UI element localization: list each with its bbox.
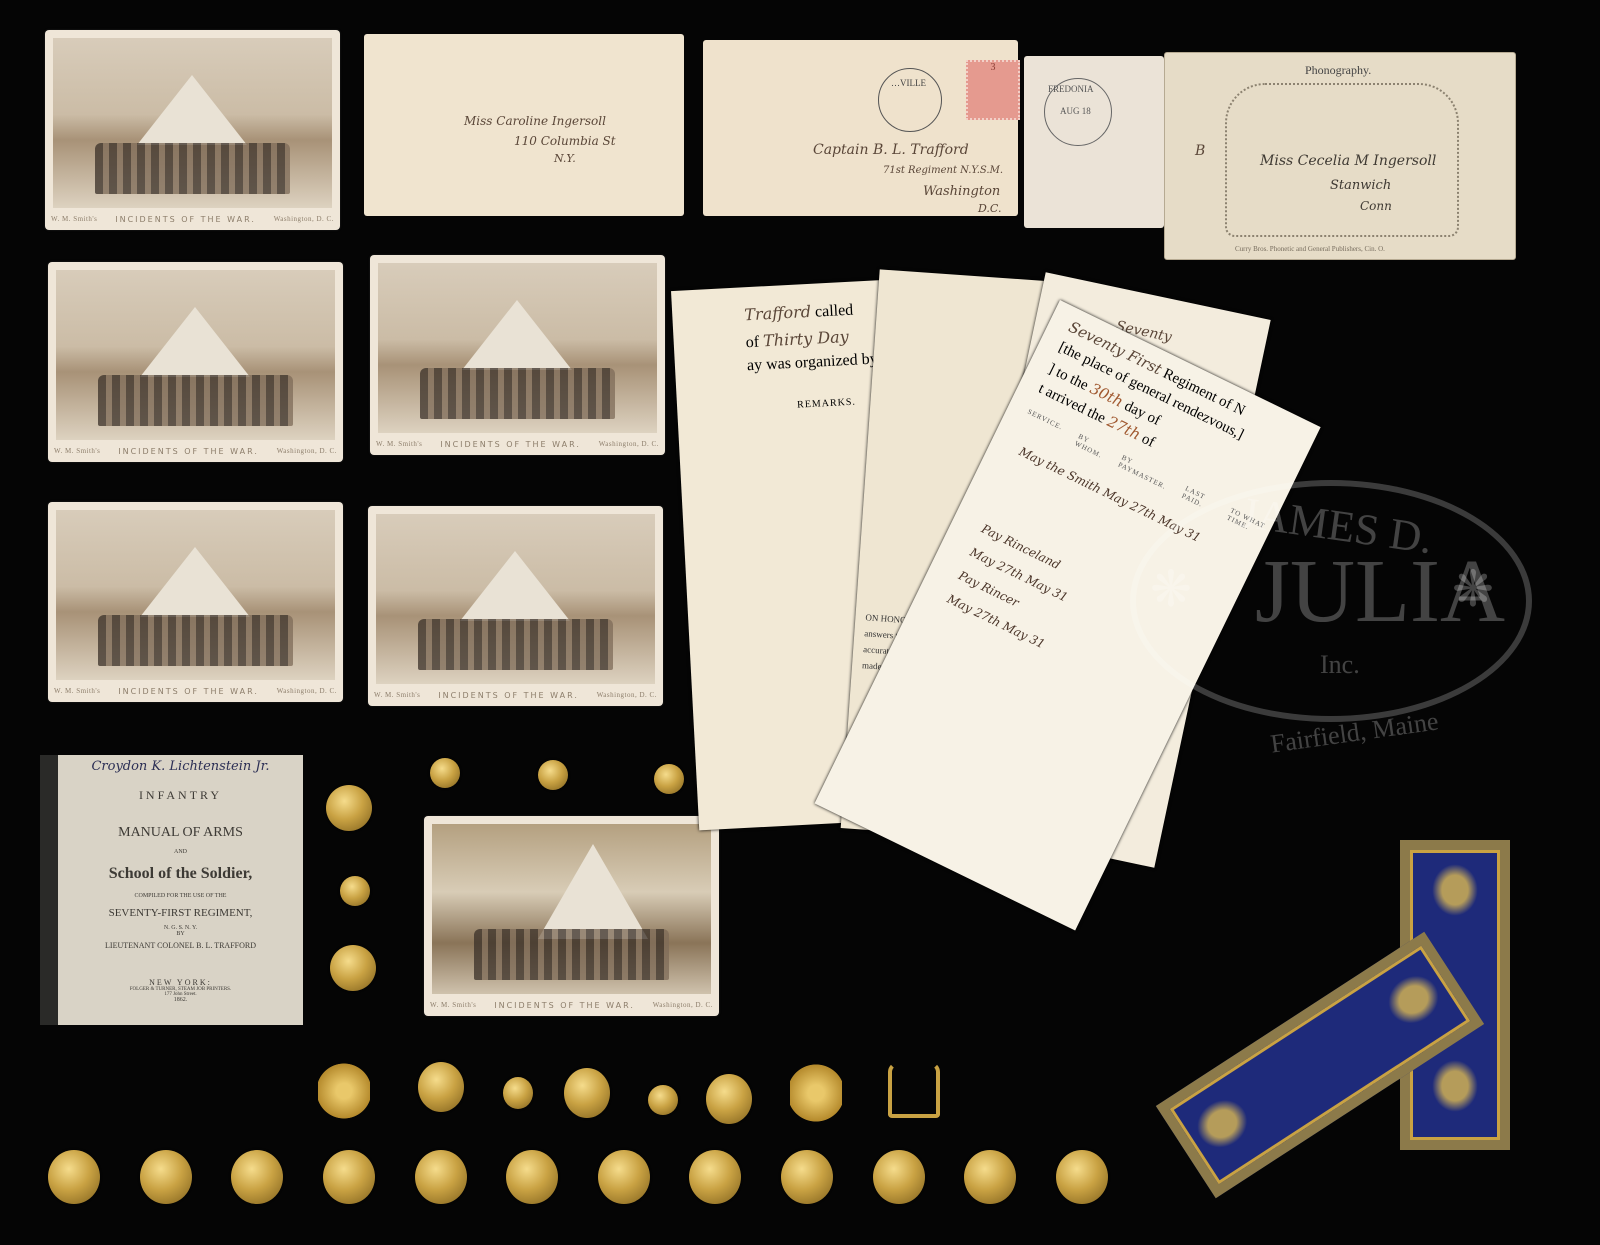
button-small: [340, 876, 370, 906]
cdv-left: W. M. Smith's: [430, 1001, 476, 1009]
button-large: [706, 1074, 752, 1124]
book-line-3: AND: [58, 849, 303, 855]
cdv-photo: [56, 510, 335, 680]
button-large: [564, 1068, 610, 1118]
book-title: MANUAL OF ARMS: [58, 825, 303, 841]
envelope-address-2: 71st Regiment N.Y.S.M.: [883, 165, 1003, 176]
oak-leaf-icon: [1432, 864, 1478, 916]
cdv-left: W. M. Smith's: [376, 440, 422, 448]
button: [140, 1150, 192, 1204]
button-large: [326, 785, 372, 831]
envelope-address-4: D.C.: [978, 202, 1001, 215]
envelope-1: Miss Caroline Ingersoll 110 Columbia St …: [364, 34, 684, 216]
button: [598, 1150, 650, 1204]
envelope-initial: B: [1195, 143, 1205, 159]
cdv-left: W. M. Smith's: [51, 215, 97, 223]
envelope-address-3: Conn: [1360, 199, 1392, 213]
envelope-address-1: Captain B. L. Trafford: [813, 142, 969, 158]
postmark-date: AUG 18: [1060, 106, 1091, 116]
cdv-right: Washington, D. C.: [277, 447, 337, 455]
belt-buckle-hook: [888, 1062, 940, 1118]
cdv-card-1: W. M. Smith'sINCIDENTS OF THE WAR.Washin…: [45, 30, 340, 230]
button: [415, 1150, 467, 1204]
cdv-title: INCIDENTS OF THE WAR.: [438, 691, 579, 700]
doc-print: called: [815, 302, 854, 321]
cdv-right: Washington, D. C.: [597, 691, 657, 699]
envelope-phonography: Phonography. B Miss Cecelia M Ingersoll …: [1164, 52, 1516, 260]
envelope-address-1: Miss Caroline Ingersoll: [464, 114, 606, 128]
envelope-3: FREDONIA AUG 18: [1024, 56, 1164, 228]
button-large: [418, 1062, 464, 1112]
cdv-right: Washington, D. C.: [277, 687, 337, 695]
cdv-left: W. M. Smith's: [374, 691, 420, 699]
button-small: [654, 764, 684, 794]
book-year: 1862.: [58, 997, 303, 1003]
envelope-2: …VILLE 3 Captain B. L. Trafford 71st Reg…: [703, 40, 1018, 216]
flower-ornament-icon: ❋: [1150, 560, 1192, 618]
cdv-title: INCIDENTS OF THE WAR.: [115, 215, 256, 224]
doc-print: of: [1139, 431, 1157, 451]
book-regiment: SEVENTY-FIRST REGIMENT,: [58, 907, 303, 919]
button-large: [330, 945, 376, 991]
cdv-title: INCIDENTS OF THE WAR.: [118, 447, 259, 456]
envelope-footer: Curry Bros. Phonetic and General Publish…: [1235, 245, 1385, 253]
envelope-address-3: N.Y.: [554, 152, 576, 165]
book-line-5: COMPILED FOR THE USE OF THE: [58, 893, 303, 899]
doc-print: ay was organized by: [747, 350, 879, 375]
stamp-value: 3: [991, 62, 996, 73]
col-header: SERVICE.: [1023, 408, 1064, 439]
oak-leaf-icon: [1188, 1090, 1257, 1157]
envelope-address-2: 110 Columbia St: [514, 134, 616, 148]
cdv-title: INCIDENTS OF THE WAR.: [440, 440, 581, 449]
eagle-insignia-ornament: [318, 1062, 370, 1120]
book-signature: Croydon K. Lichtenstein Jr.: [58, 759, 303, 774]
cdv-photo: [378, 263, 657, 433]
button: [231, 1150, 283, 1204]
oak-leaf-icon: [1379, 966, 1448, 1033]
bottom-button-row: [48, 1150, 1108, 1204]
doc-remarks-heading: REMARKS.: [797, 397, 856, 411]
doc-handwriting: Trafford: [744, 302, 812, 324]
doc-handwriting: Thirty Day: [763, 327, 850, 350]
col-header: BY PAYMASTER.: [1117, 453, 1172, 491]
watermark-line-3: Inc.: [1320, 650, 1360, 680]
button: [1056, 1150, 1108, 1204]
book-line-1: INFANTRY: [58, 788, 303, 803]
postmark-text: …VILLE: [891, 78, 926, 88]
cdv-card-2: W. M. Smith'sINCIDENTS OF THE WAR.Washin…: [48, 262, 343, 462]
eagle-insignia-ornament: [790, 1062, 842, 1124]
button-small: [538, 760, 568, 790]
oak-leaf-icon: [1432, 1060, 1478, 1112]
envelope-address-2: Stanwich: [1330, 178, 1391, 193]
button-small: [648, 1085, 678, 1115]
cdv-right: Washington, D. C.: [274, 215, 334, 223]
envelope-header: Phonography.: [1305, 63, 1371, 78]
postage-stamp: 3: [966, 60, 1020, 120]
cdv-right: Washington, D. C.: [599, 440, 659, 448]
button: [48, 1150, 100, 1204]
button: [506, 1150, 558, 1204]
cdv-card-4: W. M. Smith'sINCIDENTS OF THE WAR.Washin…: [48, 502, 343, 702]
cdv-photo: [432, 824, 711, 994]
button-small: [430, 758, 460, 788]
postmark-town: FREDONIA: [1048, 84, 1094, 94]
cdv-photo: [376, 514, 655, 684]
envelope-address-1: Miss Cecelia M Ingersoll: [1260, 153, 1436, 169]
cdv-card-featured: W. M. Smith'sINCIDENTS OF THE WAR.Washin…: [424, 816, 719, 1016]
button: [964, 1150, 1016, 1204]
cdv-left: W. M. Smith's: [54, 687, 100, 695]
book-city: NEW YORK:: [58, 978, 303, 987]
cdv-left: W. M. Smith's: [54, 447, 100, 455]
cdv-photo: [56, 270, 335, 440]
cdv-title: INCIDENTS OF THE WAR.: [494, 1001, 635, 1010]
envelope-address-3: Washington: [923, 184, 1000, 199]
book-subtitle: School of the Soldier,: [58, 865, 303, 883]
button: [781, 1150, 833, 1204]
col-header: BY WHOM.: [1073, 432, 1107, 460]
button: [323, 1150, 375, 1204]
button: [689, 1150, 741, 1204]
cdv-photo: [53, 38, 332, 208]
cdv-card-5: W. M. Smith'sINCIDENTS OF THE WAR.Washin…: [368, 506, 663, 706]
flower-ornament-icon: ❋: [1452, 560, 1494, 618]
button-small: [503, 1077, 533, 1109]
manual-of-arms-book: Croydon K. Lichtenstein Jr. INFANTRY MAN…: [40, 755, 303, 1025]
cdv-card-3: W. M. Smith'sINCIDENTS OF THE WAR.Washin…: [370, 255, 665, 455]
button: [873, 1150, 925, 1204]
book-author: LIEUTENANT COLONEL B. L. TRAFFORD: [58, 941, 303, 950]
cdv-right: Washington, D. C.: [653, 1001, 713, 1009]
book-line-8: BY: [58, 931, 303, 937]
cdv-title: INCIDENTS OF THE WAR.: [118, 687, 259, 696]
doc-print: of: [745, 334, 759, 352]
